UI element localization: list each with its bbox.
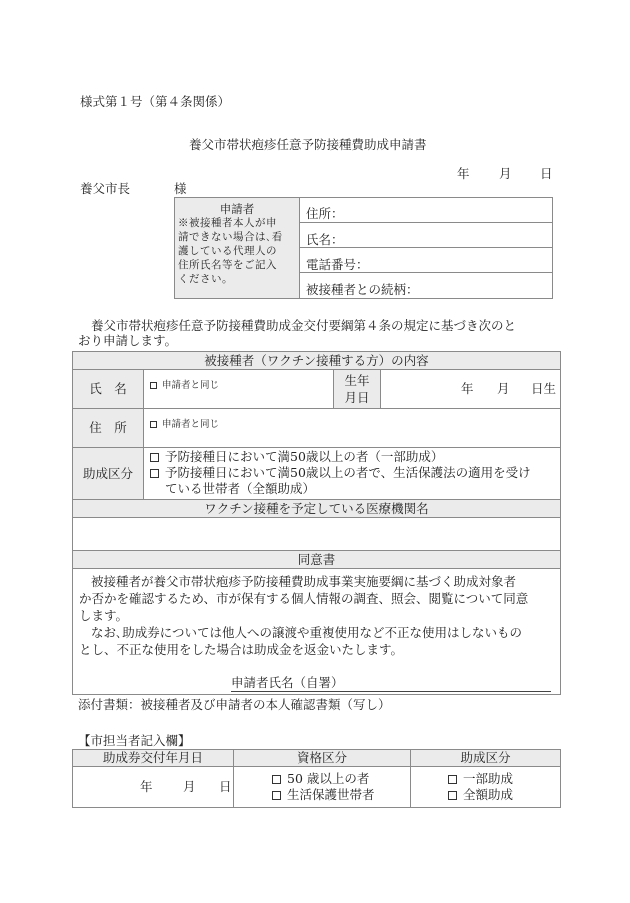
office-section-heading: 【市担当者記入欄】 bbox=[78, 733, 191, 749]
recipient-address-field[interactable]: 申請者と同じ bbox=[144, 409, 560, 448]
date-month-label: 月 bbox=[499, 166, 512, 182]
applicant-phone-field[interactable]: 電話番号： bbox=[300, 248, 552, 273]
consent-line: 被接種者が養父市帯状疱疹予防接種費助成事業実施要綱に基づく助成対象者 bbox=[79, 573, 559, 590]
addressee-honorific: 様 bbox=[174, 181, 187, 197]
recipient-name-field[interactable]: 申請者と同じ bbox=[144, 370, 333, 409]
clinic-header: ワクチン接種を予定している医療機関名 bbox=[73, 500, 560, 518]
name-label: 氏 名 bbox=[73, 370, 144, 409]
applicant-note-line: 護している代理人の bbox=[178, 244, 299, 258]
applicant-address-label: 住所： bbox=[306, 206, 344, 221]
consent-line: なお､助成券については他人への譲渡や重複使用など不正な使用はしないもの bbox=[79, 624, 559, 641]
address-label: 住 所 bbox=[73, 409, 144, 448]
applicant-heading: 申請者 bbox=[178, 202, 296, 216]
dob-day-label: 日生 bbox=[531, 381, 556, 397]
dob-label-line: 生年 bbox=[334, 372, 380, 389]
applicant-note-line: 請できない場合は､看 bbox=[178, 230, 299, 244]
issue-year-label: 年 bbox=[140, 779, 153, 795]
checkbox-icon[interactable] bbox=[272, 775, 281, 784]
consent-line: します。 bbox=[79, 607, 559, 624]
recipient-table-header: 被接種者（ワクチン接種する方）の内容 bbox=[73, 352, 560, 370]
office-subsidy-option-label: 全額助成 bbox=[463, 787, 513, 802]
subsidy-option-partial[interactable]: 予防接種日において満50歳以上の者（一部助成） bbox=[150, 449, 560, 465]
subsidy-options: 予防接種日において満50歳以上の者（一部助成） 予防接種日において満50歳以上の… bbox=[144, 448, 560, 500]
checkbox-icon[interactable] bbox=[150, 421, 157, 428]
subsidy-option-label: 予防接種日において満50歳以上の者（一部助成） bbox=[165, 449, 443, 464]
eligibility-option-50plus[interactable]: 50 歳以上の者 bbox=[272, 771, 410, 787]
consent-body: 被接種者が養父市帯状疱疹予防接種費助成事業実施要綱に基づく助成対象者 か否かを確… bbox=[79, 573, 559, 658]
applicant-phone-label: 電話番号： bbox=[306, 257, 369, 272]
consent-header: 同意書 bbox=[73, 551, 560, 569]
dob-year-label: 年 bbox=[461, 381, 474, 397]
dob-label-cell: 生年 月日 bbox=[333, 370, 381, 409]
name-same-checkbox[interactable]: 申請者と同じ bbox=[150, 380, 219, 391]
applicant-note-line: 住所氏名等をご記入 bbox=[178, 258, 299, 272]
office-col-eligibility: 資格区分 bbox=[234, 750, 411, 767]
checkbox-icon[interactable] bbox=[150, 469, 159, 478]
office-table: 助成券交付年月日 資格区分 助成区分 年 月 日 50 歳以上の者 生活保護世帯… bbox=[72, 749, 561, 808]
office-subsidy-option-full[interactable]: 全額助成 bbox=[448, 787, 560, 803]
issue-month-label: 月 bbox=[183, 779, 196, 795]
date-year-label: 年 bbox=[457, 166, 470, 182]
applicant-name-label: 氏名： bbox=[306, 232, 344, 247]
consent-line: とし、不正な使用をした場合は助成金を返金いたします。 bbox=[79, 641, 559, 658]
subsidy-option-label: 予防接種日において満50歳以上の者で、生活保護法の適用を受け bbox=[165, 465, 531, 480]
applicant-relationship-field[interactable]: 被接種者との続柄： bbox=[300, 273, 552, 298]
applicant-name-field[interactable]: 氏名： bbox=[300, 223, 552, 248]
recipient-table: 被接種者（ワクチン接種する方）の内容 氏 名 申請者と同じ 生年 月日 年 月 … bbox=[72, 351, 561, 695]
issue-day-label: 日 bbox=[219, 779, 232, 795]
office-subsidy-option-label: 一部助成 bbox=[463, 771, 513, 786]
applicant-address-field[interactable]: 住所： bbox=[300, 198, 552, 223]
office-subsidy-option-partial[interactable]: 一部助成 bbox=[448, 771, 560, 787]
name-same-label: 申請者と同じ bbox=[162, 380, 219, 391]
applicant-box: 申請者 ※被接種者本人が申 請できない場合は､看 護している代理人の 住所氏名等… bbox=[174, 197, 553, 299]
clinic-name-field[interactable] bbox=[73, 518, 560, 551]
subsidy-label: 助成区分 bbox=[73, 448, 144, 500]
checkbox-icon[interactable] bbox=[150, 382, 157, 389]
subsidy-option-full-cont: ている世帯者（全額助成） bbox=[150, 481, 560, 497]
applicant-label-cell: 申請者 ※被接種者本人が申 請できない場合は､看 護している代理人の 住所氏名等… bbox=[175, 198, 300, 298]
checkbox-icon[interactable] bbox=[150, 453, 159, 462]
checkbox-icon[interactable] bbox=[272, 791, 281, 800]
intro-line-1: 養父市帯状疱疹任意予防接種費助成金交付要綱第４条の規定に基づき次のと bbox=[91, 318, 516, 334]
dob-month-label: 月 bbox=[497, 381, 510, 397]
subsidy-option-full[interactable]: 予防接種日において満50歳以上の者で、生活保護法の適用を受け bbox=[150, 465, 560, 481]
addressee-name: 養父市長 bbox=[80, 181, 130, 197]
office-col-subsidy: 助成区分 bbox=[411, 750, 560, 767]
dob-field[interactable]: 年 月 日生 bbox=[381, 370, 560, 409]
address-same-label: 申請者と同じ bbox=[162, 419, 219, 430]
date-day-label: 日 bbox=[540, 166, 553, 182]
issue-date-field[interactable]: 年 月 日 bbox=[73, 767, 234, 807]
checkbox-icon[interactable] bbox=[448, 775, 457, 784]
office-subsidy-options: 一部助成 全額助成 bbox=[411, 767, 560, 807]
form-number: 様式第１号（第４条関係） bbox=[80, 94, 230, 110]
eligibility-options: 50 歳以上の者 生活保護世帯者 bbox=[234, 767, 411, 807]
applicant-relationship-label: 被接種者との続柄： bbox=[306, 282, 419, 297]
eligibility-option-label: 50 歳以上の者 bbox=[287, 771, 369, 786]
intro-line-2: おり申請します。 bbox=[78, 333, 177, 349]
signature-field[interactable]: 申請者氏名（自署） bbox=[231, 674, 551, 692]
checkbox-icon[interactable] bbox=[448, 791, 457, 800]
dob-label-line: 月日 bbox=[334, 389, 380, 406]
eligibility-option-welfare[interactable]: 生活保護世帯者 bbox=[272, 787, 410, 803]
consent-line: か否かを確認するため、市が保有する個人情報の調査、照会、閲覧について同意 bbox=[79, 590, 559, 607]
signature-label: 申請者氏名（自署） bbox=[231, 675, 344, 691]
office-col-issue-date: 助成券交付年月日 bbox=[73, 750, 234, 767]
attachments-note: 添付書類：被接種者及び申請者の本人確認書類（写し） bbox=[78, 697, 391, 713]
applicant-note-line: ※被接種者本人が申 bbox=[178, 216, 299, 230]
address-same-checkbox[interactable]: 申請者と同じ bbox=[150, 419, 219, 430]
eligibility-option-label: 生活保護世帯者 bbox=[287, 787, 375, 802]
page-title: 養父市帯状疱疹任意予防接種費助成申請書 bbox=[189, 137, 427, 153]
applicant-note-line: ください。 bbox=[178, 272, 299, 286]
